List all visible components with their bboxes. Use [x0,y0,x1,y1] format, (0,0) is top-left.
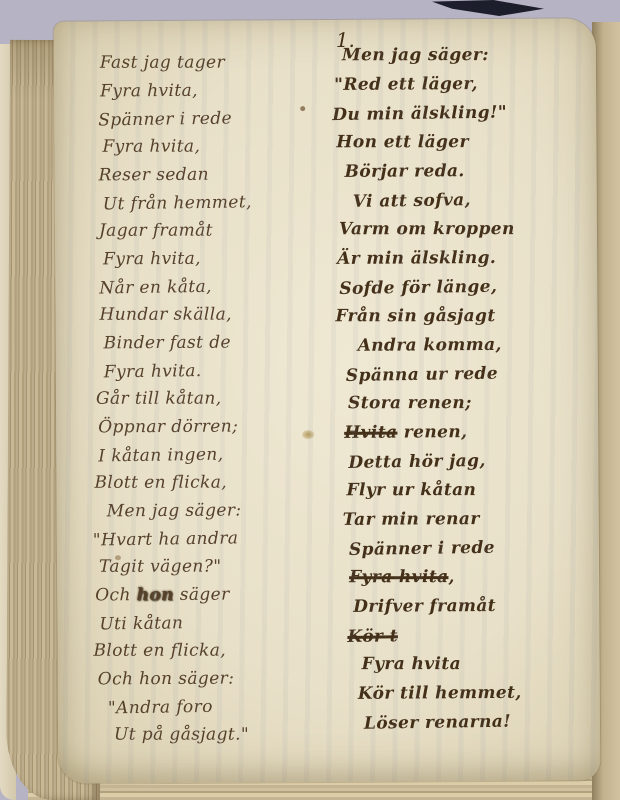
manuscript-line: Ut på gåsjagt." [114,720,352,748]
manuscript-line: Du min älskling!" [332,97,592,130]
manuscript-line: Flyr ur kåtan [347,476,595,505]
handwritten-text: Jagar framåt [99,221,213,241]
manuscript-line: Hundar skälla, [99,301,349,329]
struck-text: Hvita [344,423,397,443]
manuscript-line: Fyra hvita [362,650,596,679]
handwritten-text: Blott en flicka, [94,473,227,493]
manuscript-line: Vi att sofva, [353,184,593,217]
manuscript-page: 1. Fast jag tagerFyra hvita,Spänner i re… [54,18,601,783]
handwritten-text: Löser renarna! [364,712,511,734]
handwritten-text: Når en kåta, [99,277,212,299]
handwritten-text: Hon ett läger [336,132,468,152]
manuscript-line: Kör till hemmet, [358,678,596,708]
manuscript-line: Är min älskling. [337,243,593,274]
handwritten-text: Går till kåtan, [96,389,222,409]
manuscript-line: Fyra hvita, [103,244,349,274]
handwritten-text: Tar min renar [343,509,480,530]
handwritten-text: Stora renen; [348,393,472,413]
manuscript-line: Fyra hvita, [100,76,348,106]
handwritten-text: Fast jag tager [100,53,225,73]
handwritten-text: säger [174,585,230,605]
manuscript-line: Uti kåtan [99,607,351,639]
manuscript-line: Men jag säger: [342,41,592,70]
handwritten-text: Fyra hvita, [103,249,201,270]
handwritten-text: Flyr ur kåtan [347,480,477,500]
handwritten-text: Är min älskling. [337,248,496,269]
handwritten-text: "Red ett läger, [334,74,478,95]
handwritten-text: renen, [397,422,467,442]
right-column: Men jag säger:"Red ett läger,Du min älsk… [342,40,596,738]
manuscript-line: Och hon säger [95,580,351,610]
manuscript-line: Blott en flicka, [94,637,352,665]
handwritten-text: Och hon säger: [98,669,235,690]
handwritten-text: Spänner i rede [349,538,495,560]
manuscript-line: Och hon säger: [98,664,352,694]
manuscript-line: Spänner i rede [349,532,595,565]
manuscript-line: Fast jag tager [100,49,348,77]
handwritten-text: Reser sedan [99,165,209,186]
struck-text: Fyra hvita [349,567,448,587]
manuscript-line: Men jag säger: [107,496,351,525]
handwritten-text: Varm om kroppen [339,219,515,239]
manuscript-line: Når en kåta, [99,271,349,303]
manuscript-line: Öppnar dörren; [98,412,350,442]
manuscript-line: Ut från hemmet, [103,187,349,219]
manuscript-line: Blott en flicka, [94,469,350,497]
handwritten-text: "Hvart ha andra [93,528,239,550]
handwritten-text: Drifver framåt [353,596,496,617]
handwritten-text: Fyra hvita, [102,137,200,157]
handwritten-text: Spänna ur rede [346,364,498,386]
manuscript-line: Hvita renen, [344,417,594,448]
handwritten-text: Vi att sofva, [353,190,471,212]
manuscript-line: Reser sedan [99,160,349,190]
manuscript-line: "Red ett läger, [334,69,592,100]
manuscript-line: "Hvart ha andra [93,523,351,555]
manuscript-line: Jagar framåt [99,217,349,245]
manuscript-line: Från sin gåsjagt [335,302,593,331]
handwritten-text: Öppnar dörren; [98,417,238,438]
manuscript-line: Fyra hvita, [349,563,595,592]
manuscript-line: Hon ett läger [336,128,592,157]
handwritten-text: Ut från hemmet, [103,192,252,214]
manuscript-line: Löser renarna! [364,706,596,738]
manuscript-line: Fyra hvita, [102,133,348,161]
manuscript-line: Stora renen; [348,389,594,418]
handwritten-text: Men jag säger: [342,45,489,65]
manuscript-line: Tar min renar [343,504,595,535]
blotted-text: hon [137,585,174,605]
handwritten-text: , [448,567,454,587]
handwritten-text: Kör till hemmet, [358,683,522,704]
handwritten-text: Fyra hvita, [100,81,198,102]
handwritten-text: Binder fast de [104,333,231,354]
handwritten-text: "Andra foro [108,697,213,719]
handwritten-text: Börjar reda. [345,161,465,182]
manuscript-photo: 1. Fast jag tagerFyra hvita,Spänner i re… [0,0,620,800]
handwritten-text: Blott en flicka, [94,641,227,661]
left-column: Fast jag tagerFyra hvita,Spänner i redeF… [98,48,352,750]
manuscript-line: Spänner i rede [98,103,348,135]
manuscript-line: Drifver framåt [353,591,595,621]
handwritten-text: Spänner i rede [98,108,232,130]
handwritten-text: Sofde för länge, [339,277,497,299]
manuscript-line: I kåtan ingen, [98,439,350,471]
handwritten-text: I kåtan ingen, [98,445,223,467]
manuscript-line: Andra komma, [358,330,594,360]
handwritten-text: Uti kåtan [99,613,183,634]
handwritten-text: Fyra hvita. [104,361,202,382]
handwritten-text: Och [95,585,137,605]
manuscript-line: Binder fast de [104,328,350,358]
handwritten-text: Men jag säger: [107,501,242,522]
manuscript-line: "Andra foro [108,691,352,723]
handwritten-text: Fyra hvita [362,654,461,674]
handwritten-text: Tagit vägen?" [99,557,222,577]
manuscript-line: Fyra hvita. [104,355,350,387]
handwritten-text: Detta hör jag, [348,451,486,473]
manuscript-line: Börjar reda. [345,156,593,187]
struck-text: Kör t [347,626,398,647]
manuscript-line: Tagit vägen?" [99,553,351,581]
handwritten-text: Andra komma, [358,335,502,356]
manuscript-line: Kör t [347,619,595,652]
manuscript-line: Går till kåtan, [96,385,350,413]
manuscript-line: Varm om kroppen [339,215,593,244]
handwritten-text: Du min älskling!" [332,103,507,126]
manuscript-line: Spänna ur rede [346,358,594,391]
handwritten-text: Från sin gåsjagt [335,306,495,326]
handwritten-text: Hundar skälla, [99,305,231,325]
manuscript-line: Detta hör jag, [348,445,594,478]
book-cover-corner [432,0,544,16]
handwritten-text: Ut på gåsjagt." [114,725,249,745]
manuscript-line: Sofde för länge, [339,271,593,304]
